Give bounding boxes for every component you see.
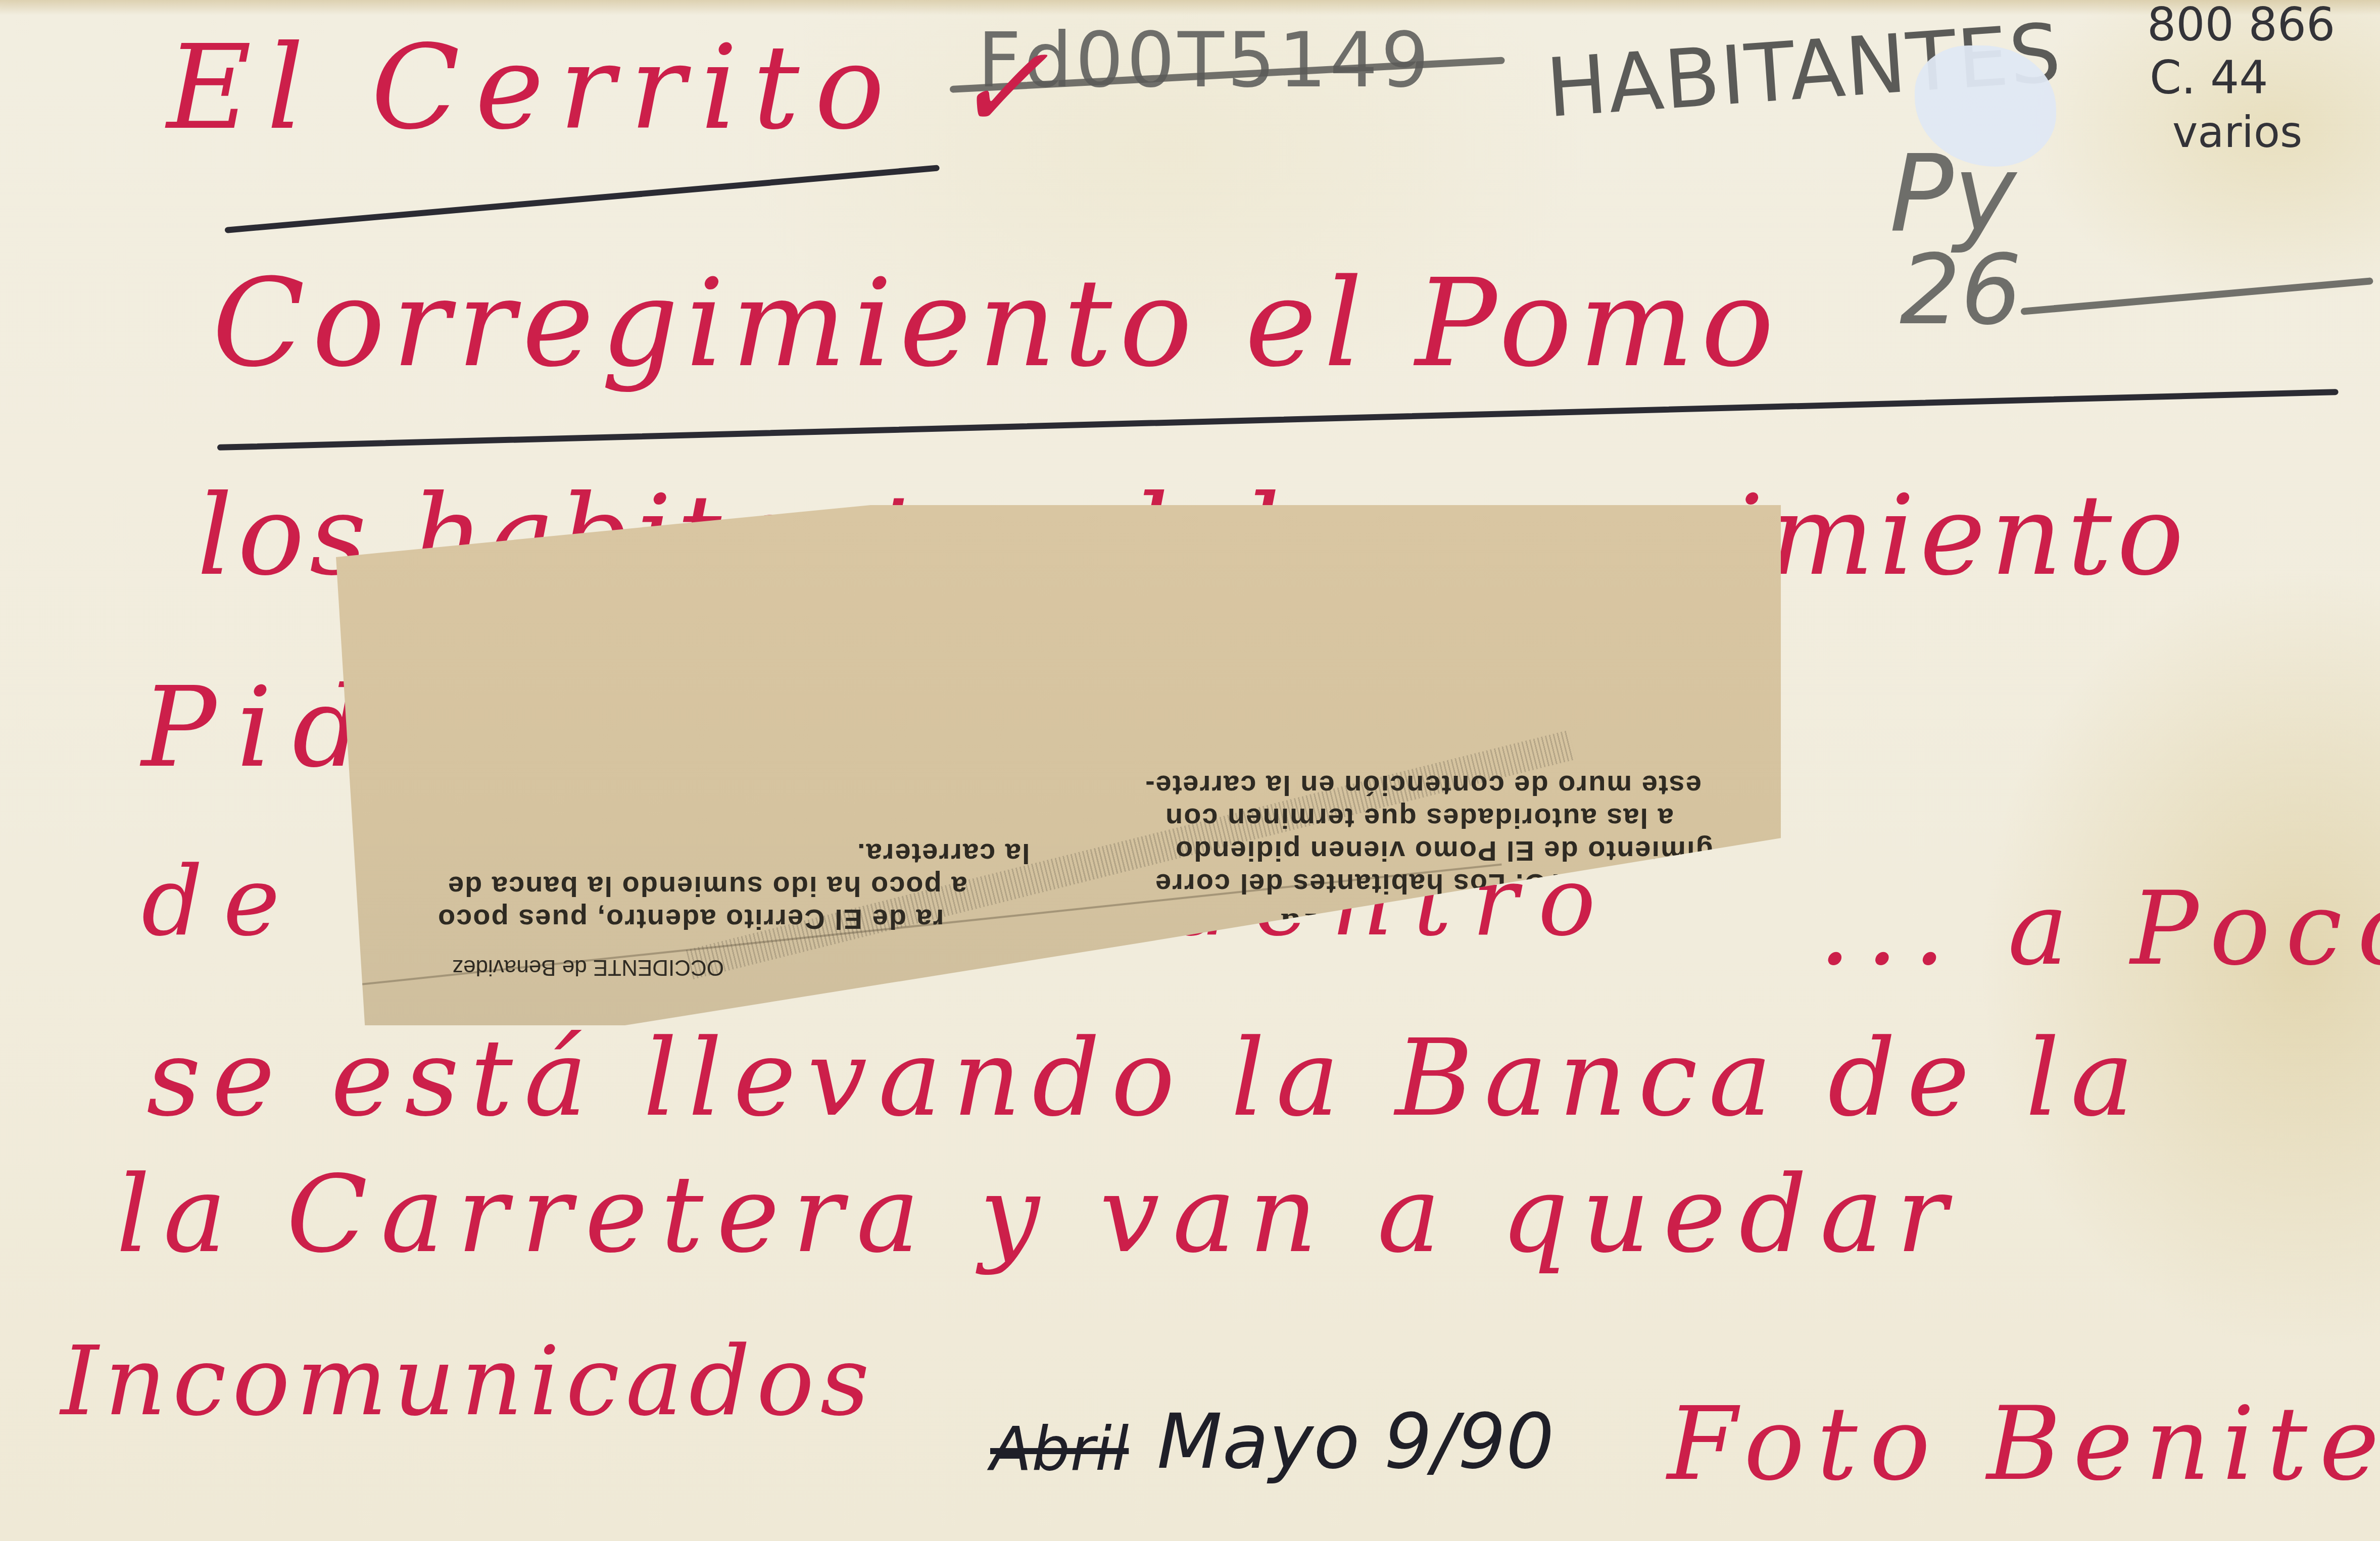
clipping-line-5: ra de El Cerrito adentro, pues poco xyxy=(437,904,944,934)
handwriting-line-6: ... a Poco xyxy=(1819,879,2380,980)
clipping-line-2: gimiento de El Pomo vienen pidiendo xyxy=(1175,836,1713,866)
photo-credit: Foto Benitez xyxy=(1667,1394,2380,1495)
clipping-line-6: a poco ha ido sumiendo la banca de xyxy=(447,871,967,901)
clipping-line-7: la carretera. xyxy=(856,838,1030,868)
handwriting-line-7: se está llevando la Banca de la xyxy=(147,1025,2145,1131)
corner-number: 800 866 xyxy=(2147,3,2335,48)
clipping-line-4: este muro de contención en la carrete- xyxy=(1144,770,1702,800)
clipping-line-3: a las autoridades que terminen con xyxy=(1164,803,1674,833)
handwriting-line-1: El Cerrito ✓ xyxy=(167,30,1064,146)
pencil-code-py: Py xyxy=(1889,141,2016,247)
handwriting-line-9: Incomunicados xyxy=(61,1333,876,1429)
pencil-number: 26 xyxy=(1900,242,2022,338)
corner-category: varios xyxy=(2172,111,2302,154)
handwriting-line-8: la Carretera y van a quedar xyxy=(116,1162,1960,1268)
clipping-source: OCCIDENTE de Benavidez xyxy=(452,955,724,980)
corner-box: C. 44 xyxy=(2150,56,2268,101)
handwriting-line-2: Corregimiento el Pomo xyxy=(212,263,1781,384)
date-text: Mayo 9/90 xyxy=(1157,1404,1554,1480)
date-struck: Abril xyxy=(990,1419,1129,1480)
